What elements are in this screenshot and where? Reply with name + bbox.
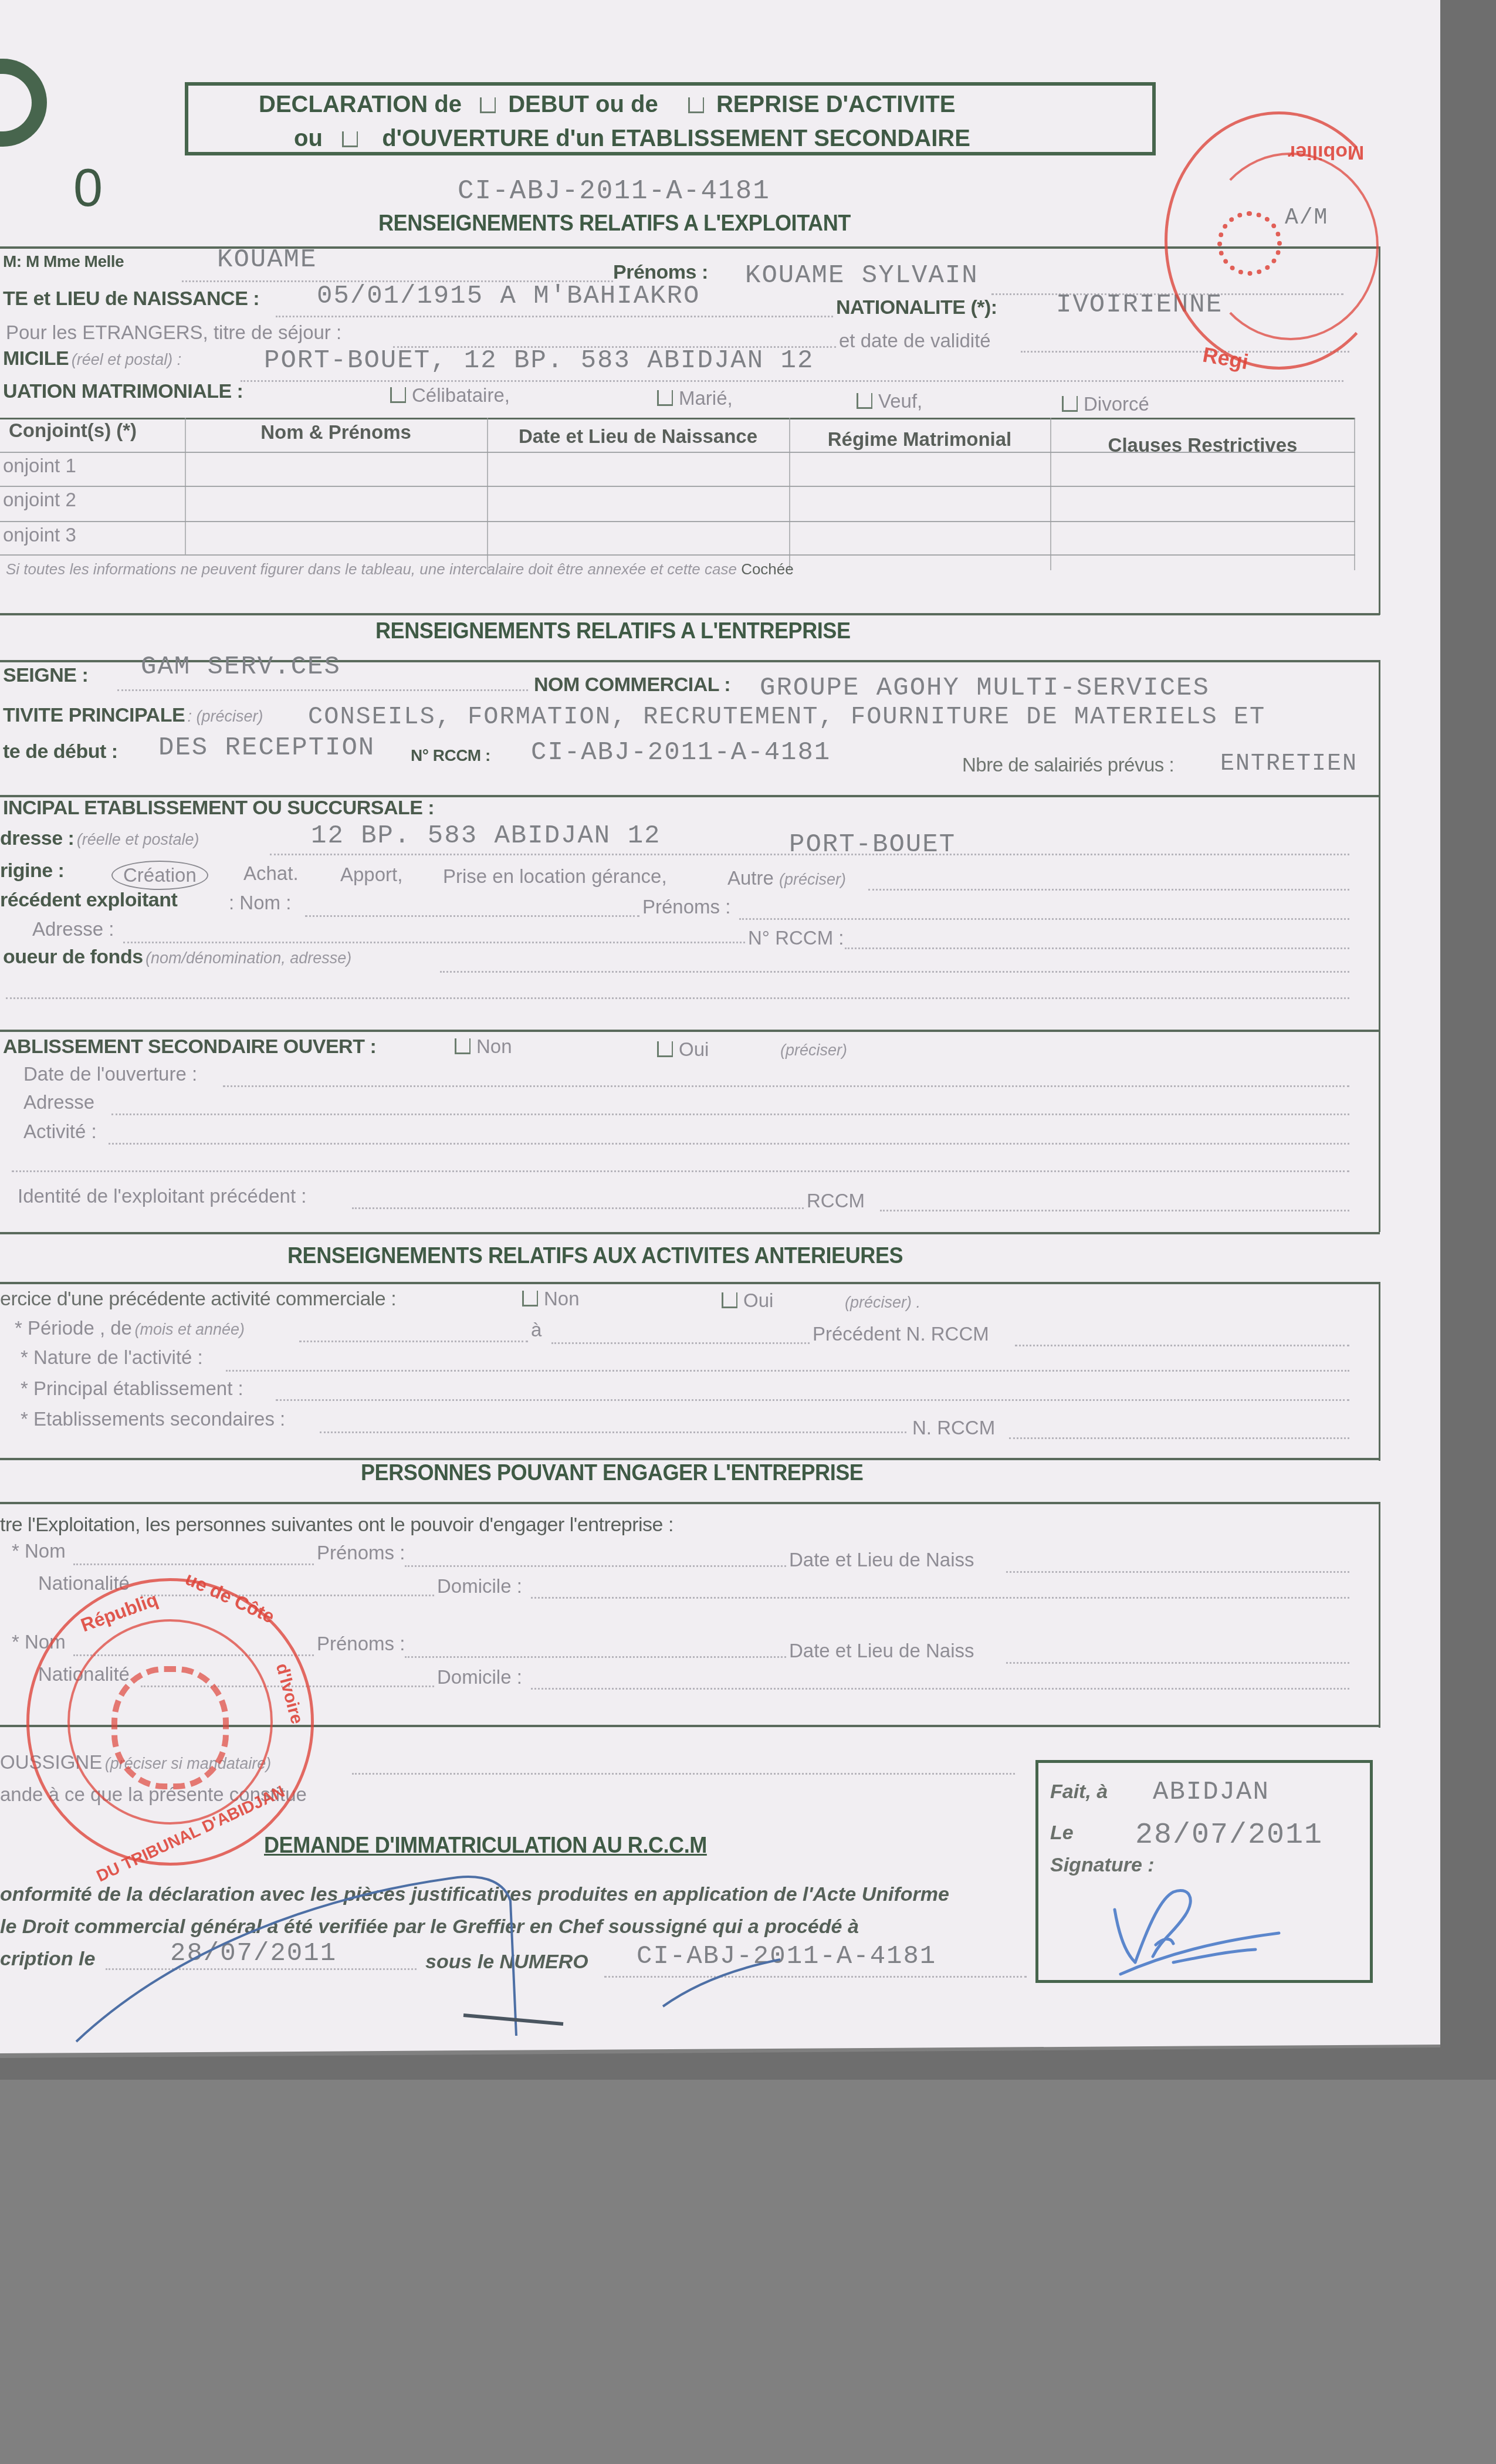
declaration-title-box: DECLARATION de DEBUT ou de REPRISE D'ACT… xyxy=(185,82,1156,155)
checkbox-icon xyxy=(657,390,673,406)
origine-creation-selected[interactable]: Création xyxy=(111,861,208,890)
secondaire-option-non[interactable]: Non xyxy=(455,1035,512,1058)
rccm-number-top: CI-ABJ-2011-A-4181 xyxy=(458,176,770,207)
precedent-exploitant-label: récédent exploitant xyxy=(0,889,177,912)
activite-principale-sub: : (préciser) xyxy=(188,708,263,725)
salaries-value[interactable]: ENTRETIEN xyxy=(1220,751,1358,777)
naissance-value[interactable]: 05/01/1915 A M'BAHIAKRO xyxy=(317,282,700,311)
periode-label: * Période , de xyxy=(15,1317,132,1339)
option-ouverture-label: d'OUVERTURE d'un ETABLISSEMENT SECONDAIR… xyxy=(382,126,970,151)
signature-label: Signature : xyxy=(1050,1854,1155,1877)
option-reprise-label: REPRISE D'ACTIVITE xyxy=(716,92,955,117)
scanner-edge xyxy=(1440,0,1496,2080)
personne-domicile-label: Domicile : xyxy=(437,1666,522,1688)
table-row-conjoint-2: onjoint 2 xyxy=(3,489,76,511)
secondaire-adresse-label: Adresse xyxy=(23,1091,94,1113)
conjoint-note: Si toutes les informations ne peuvent fi… xyxy=(6,560,794,578)
secondaire-rccm-label: RCCM xyxy=(807,1190,865,1212)
loueur-label: oueur de fonds xyxy=(3,946,143,968)
prenoms-value[interactable]: KOUAME SYLVAIN xyxy=(745,261,979,290)
activite-principale-label: TIVITE PRINCIPALE xyxy=(3,704,185,726)
origine-achat[interactable]: Achat. xyxy=(243,862,299,885)
personne-date-lieu-label: Date et Lieu de Naiss xyxy=(789,1549,974,1571)
checkbox-ouverture[interactable] xyxy=(342,131,358,147)
table-header-date-lieu: Date et Lieu de Naissance xyxy=(490,425,786,448)
exercice-label: ercice d'une précédente activité commerc… xyxy=(0,1288,396,1311)
fait-label: Fait, à xyxy=(1050,1781,1108,1803)
checkbox-icon xyxy=(657,1041,673,1057)
section-heading-personnes: PERSONNES POUVANT ENGAGER L'ENTREPRISE xyxy=(361,1461,863,1486)
domicile-sub: (réel et postal) : xyxy=(72,351,182,368)
rccm-value[interactable]: CI-ABJ-2011-A-4181 xyxy=(531,738,831,767)
checkbox-debut[interactable] xyxy=(480,97,496,113)
rccm-label: N° RCCM : xyxy=(411,746,490,765)
checkbox-icon xyxy=(1062,396,1078,412)
situation-marie[interactable]: Marié, xyxy=(657,387,733,409)
principal-etablissement-label: * Principal établissement : xyxy=(21,1377,243,1400)
validite-label: et date de validité xyxy=(839,330,991,352)
corner-number: 0 xyxy=(73,158,103,219)
signature-box: Fait, à ABIDJAN Le 28/07/2011 Signature … xyxy=(1035,1760,1373,1983)
secondaire-option-oui[interactable]: Oui xyxy=(657,1038,709,1061)
enseigne-value[interactable]: GAM SERV.CES xyxy=(141,652,341,682)
table-row-conjoint-3: onjoint 3 xyxy=(3,524,76,546)
origine-label: rigine : xyxy=(0,859,64,882)
personne-nom-label: * Nom xyxy=(12,1540,66,1562)
personne-domicile-label: Domicile : xyxy=(437,1575,522,1597)
checkbox-reprise[interactable] xyxy=(688,97,704,113)
secondaire-oui-sub: (préciser) xyxy=(780,1041,847,1060)
personnes-intro: tre l'Exploitation, les personnes suivan… xyxy=(0,1514,673,1536)
table-row-conjoint-1: onjoint 1 xyxy=(3,455,76,477)
situation-divorce[interactable]: Divorcé xyxy=(1062,393,1149,415)
le-value[interactable]: 28/07/2011 xyxy=(1135,1819,1323,1852)
salaries-label: Nbre de salairiés prévus : xyxy=(962,754,1174,776)
precedent-adresse-label: Adresse : xyxy=(32,918,114,940)
le-label: Le xyxy=(1050,1822,1074,1844)
checkbox-icon xyxy=(390,387,406,403)
personne-date-lieu-label: Date et Lieu de Naiss xyxy=(789,1640,974,1662)
table-header-clauses: Clauses Restrictives xyxy=(1053,434,1352,456)
section-heading-exploitant: RENSEIGNEMENTS RELATIFS A L'EXPLOITANT xyxy=(378,211,851,236)
etablissement-secondaire-heading: ABLISSEMENT SECONDAIRE OUVERT : xyxy=(3,1035,376,1058)
domicile-label: MICILE xyxy=(3,347,69,370)
checkbox-icon xyxy=(857,393,872,409)
checkbox-icon xyxy=(455,1038,471,1054)
checkbox-icon xyxy=(722,1292,737,1308)
adresse-label: dresse : xyxy=(0,827,74,849)
checkbox-icon xyxy=(522,1291,538,1307)
personne-prenoms-label: Prénoms : xyxy=(317,1633,405,1655)
precedent-rccm-label: N° RCCM : xyxy=(748,927,844,949)
nom-label: M: M Mme Melle xyxy=(3,252,124,271)
origine-apport[interactable]: Apport, xyxy=(340,864,402,886)
periode-a-label: à xyxy=(531,1319,541,1341)
handwritten-signature-icon xyxy=(1103,1874,1291,1980)
nom-value[interactable]: KOUAME xyxy=(217,245,317,275)
title-prefix: DECLARATION de xyxy=(259,92,462,117)
table-header-conjoint: Conjoint(s) (*) xyxy=(9,419,137,442)
origine-location-gerance[interactable]: Prise en location gérance, xyxy=(443,865,667,888)
periode-sub: (mois et année) xyxy=(134,1321,245,1338)
date-debut-value[interactable]: DES RECEPTION xyxy=(158,733,375,763)
anterieures-option-oui[interactable]: Oui xyxy=(722,1289,773,1312)
situation-label: UATION MATRIMONIALE : xyxy=(3,380,243,403)
enseigne-label: SEIGNE : xyxy=(3,664,88,687)
nature-activite-label: * Nature de l'activité : xyxy=(21,1346,203,1369)
situation-celibataire[interactable]: Célibataire, xyxy=(390,384,510,407)
anterieures-n-rccm: N. RCCM xyxy=(912,1417,995,1439)
origine-autre[interactable]: Autre (préciser) xyxy=(727,867,846,889)
immatriculation-heading: DEMANDE D'IMMATRICULATION AU R.C.C.M xyxy=(264,1833,707,1859)
anterieures-oui-sub: (préciser) . xyxy=(845,1294,920,1312)
title-ou: ou xyxy=(294,126,323,151)
principal-etablissement-heading: INCIPAL ETABLISSEMENT OU SUCCURSALE : xyxy=(3,797,434,820)
naissance-label: TE et LIEU de NAISSANCE : xyxy=(3,287,259,310)
section-heading-anterieures: RENSEIGNEMENTS RELATIFS AUX ACTIVITES AN… xyxy=(287,1244,903,1269)
adresse-value[interactable]: 12 BP. 583 ABIDJAN 12 xyxy=(311,821,661,851)
adresse-sub: (réelle et postale) xyxy=(77,831,199,848)
fait-value[interactable]: ABIDJAN xyxy=(1153,1778,1270,1807)
precedent-prenoms-label: Prénoms : xyxy=(642,896,730,918)
etrangers-label: Pour les ETRANGERS, titre de séjour : xyxy=(6,321,341,344)
prenoms-label: Prénoms : xyxy=(613,261,708,284)
precedent-nom-label: : Nom : xyxy=(229,892,291,914)
corner-logo xyxy=(0,59,47,147)
nom-commercial-value[interactable]: GROUPE AGOHY MULTI-SERVICES xyxy=(760,673,1210,703)
option-debut-label: DEBUT ou de xyxy=(508,92,658,117)
situation-veuf[interactable]: Veuf, xyxy=(857,390,922,412)
date-ouverture-label: Date de l'ouverture : xyxy=(23,1063,197,1085)
nom-commercial-label: NOM COMMERCIAL : xyxy=(534,673,730,696)
identite-exploitant-label: Identité de l'exploitant précédent : xyxy=(18,1185,306,1207)
pen-strokes-icon xyxy=(0,1860,1056,2053)
domicile-value[interactable]: PORT-BOUET, 12 BP. 583 ABIDJAN 12 xyxy=(264,346,814,375)
scanner-bottom-edge xyxy=(0,2047,1496,2080)
precedent-rccm-label-anterieur: Précédent N. RCCM xyxy=(813,1323,989,1345)
secondaire-activite-label: Activité : xyxy=(23,1121,97,1143)
table-header-regime: Régime Matrimonial xyxy=(792,428,1047,451)
nationalite-label: NATIONALITE (*): xyxy=(836,296,997,319)
anterieures-option-non[interactable]: Non xyxy=(522,1288,580,1310)
loueur-sub: (nom/dénomination, adresse) xyxy=(145,949,351,967)
activite-principale-value[interactable]: CONSEILS, FORMATION, RECRUTEMENT, FOURNI… xyxy=(308,703,1265,731)
etablissements-secondaires-label: * Etablissements secondaires : xyxy=(21,1408,285,1430)
stamp-mark: A/M xyxy=(1285,205,1328,231)
scanned-form-page: 0 DECLARATION de DEBUT ou de REPRISE D'A… xyxy=(0,0,1440,2053)
section-heading-entreprise: RENSEIGNEMENTS RELATIFS A L'ENTREPRISE xyxy=(375,619,851,644)
personne-prenoms-label: Prénoms : xyxy=(317,1542,405,1564)
date-debut-label: te de début : xyxy=(3,740,118,763)
table-header-nom: Nom & Prénoms xyxy=(188,421,484,444)
